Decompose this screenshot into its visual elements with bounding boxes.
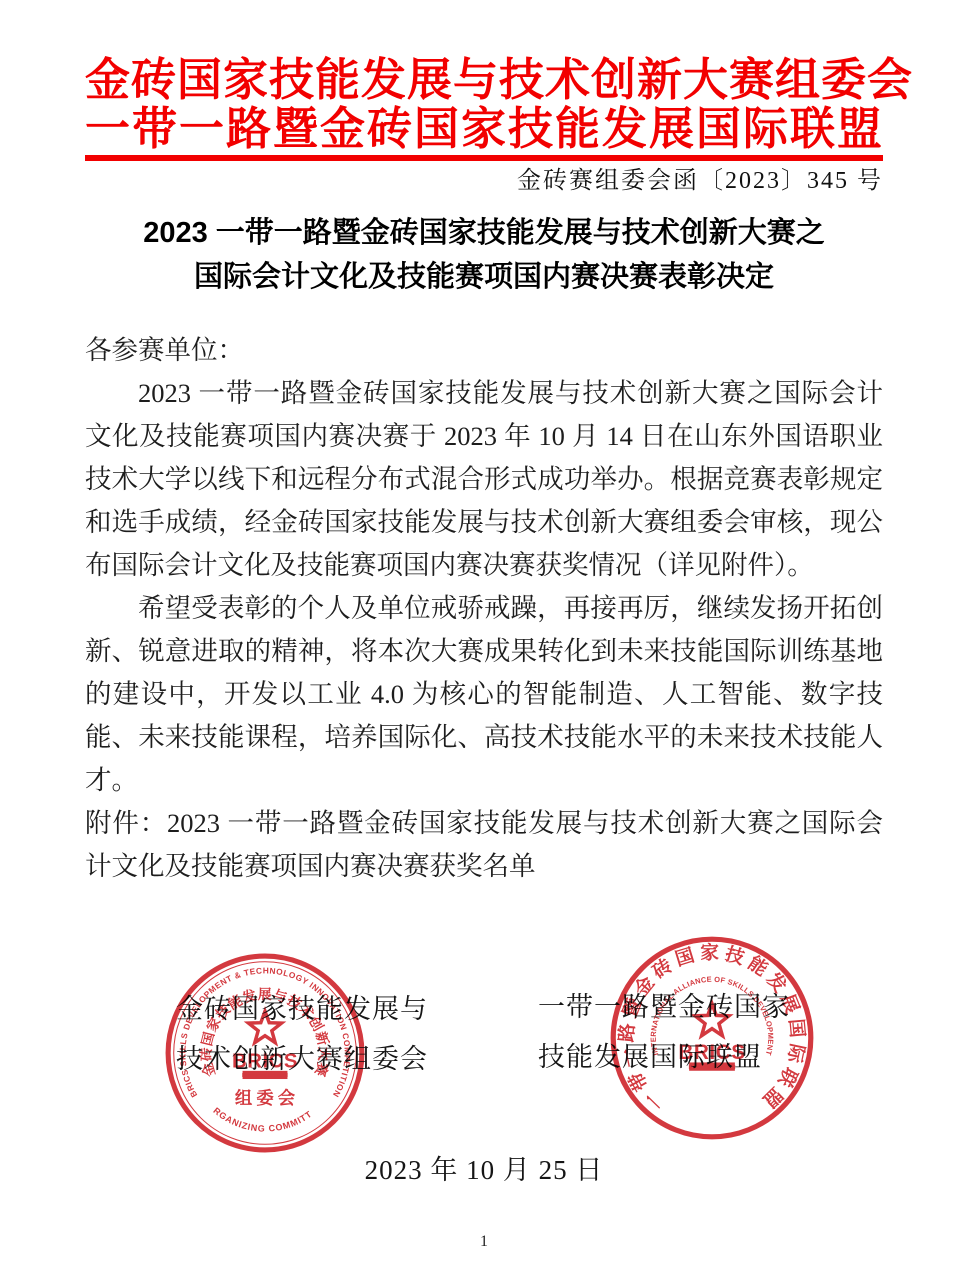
stamp-brand-subtext: Business Council <box>688 1065 736 1071</box>
document-number: 金砖赛组委会函〔2023〕345 号 <box>85 165 883 198</box>
stamp-brand-subtext: Business Council <box>242 1073 289 1079</box>
alliance-stamp-icon: 一带一路暨金砖国家技能发展国际联盟 INTERNATIONAL ALLIANCE… <box>608 934 816 1142</box>
letterhead-line-1: 金砖国家技能发展与技术创新大赛组委会 <box>85 55 883 104</box>
organizing-committee-stamp-icon: BRICS SKILLS DEVELOPMENT & TECHNOLOGY IN… <box>163 951 367 1155</box>
document-title-line-1: 2023 一带一路暨金砖国家技能发展与技术创新大赛之 <box>85 211 883 255</box>
stamp-brand-text: BRICS <box>232 1050 298 1072</box>
body-paragraph-2: 希望受表彰的个人及单位戒骄戒躁，再接再厉，继续发扬开拓创新、锐意进取的精神，将本… <box>85 587 883 802</box>
letterhead-line-2: 一带一路暨金砖国家技能发展国际联盟 <box>85 104 883 153</box>
document-title-line-2: 国际会计文化及技能赛项国内赛决赛表彰决定 <box>85 255 883 299</box>
star-icon <box>695 1004 729 1036</box>
document-page: 金砖国家技能发展与技术创新大赛组委会 一带一路暨金砖国家技能发展国际联盟 金砖赛… <box>0 0 968 1286</box>
salutation: 各参赛单位： <box>85 329 883 372</box>
stamp-center-label: 组委会 <box>235 1088 299 1108</box>
stamp-brand-text: BRICS <box>678 1041 745 1064</box>
attachment-note: 附件：2023 一带一路暨金砖国家技能发展与技术创新大赛之国际会计文化及技能赛项… <box>85 802 883 888</box>
document-content: 金砖国家技能发展与技术创新大赛组委会 一带一路暨金砖国家技能发展国际联盟 金砖赛… <box>85 55 883 888</box>
letterhead-divider <box>85 155 883 161</box>
star-icon <box>248 1011 281 1042</box>
page-number: 1 <box>0 1233 968 1251</box>
body-paragraph-1: 2023 一带一路暨金砖国家技能发展与技术创新大赛之国际会计文化及技能赛项国内赛… <box>85 372 883 587</box>
document-body: 各参赛单位： 2023 一带一路暨金砖国家技能发展与技术创新大赛之国际会计文化及… <box>85 329 883 888</box>
stamp-outer-ring <box>613 939 811 1137</box>
document-title: 2023 一带一路暨金砖国家技能发展与技术创新大赛之 国际会计文化及技能赛项国内… <box>85 211 883 299</box>
document-date: 2023 年 10 月 25 日 <box>0 1148 968 1187</box>
red-letterhead: 金砖国家技能发展与技术创新大赛组委会 一带一路暨金砖国家技能发展国际联盟 <box>85 55 883 161</box>
